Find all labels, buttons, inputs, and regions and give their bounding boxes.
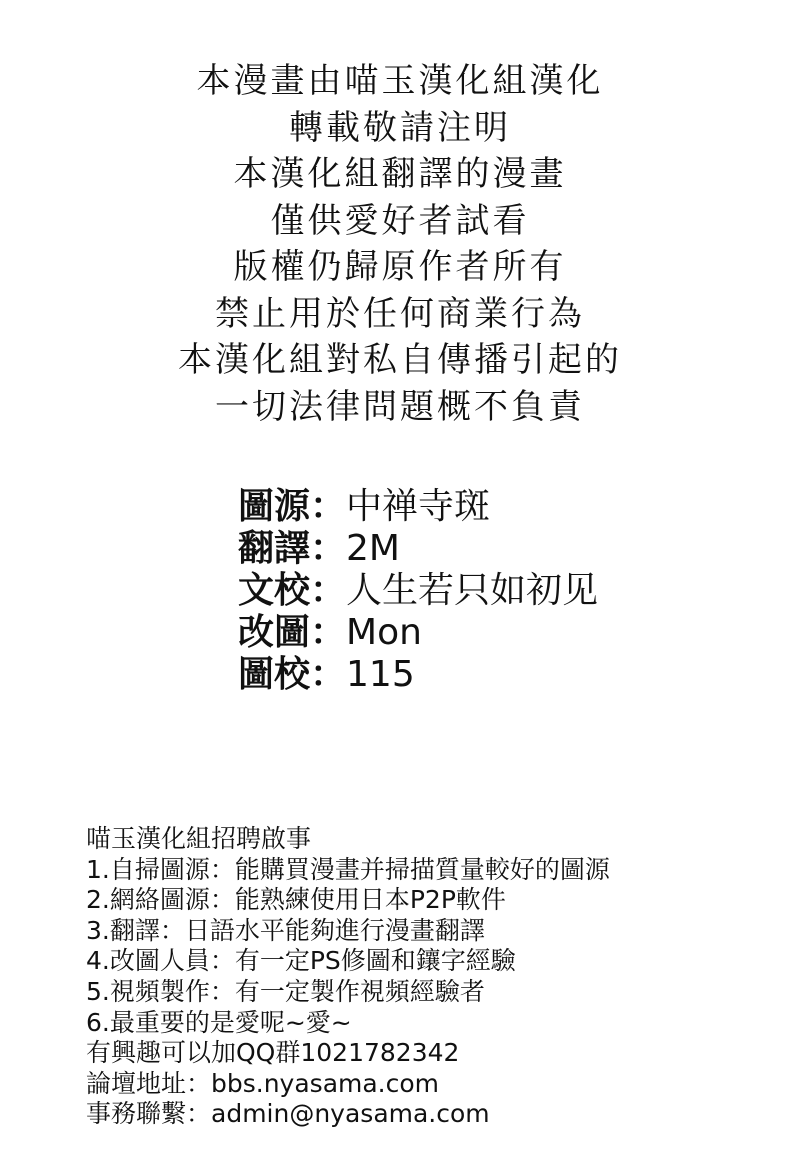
contact-email: 事務聯繫：admin@nyasama.com	[86, 1099, 610, 1130]
credit-label: 改圖：	[238, 612, 346, 653]
notice-line: 本漫畫由喵玉漢化組漢化	[0, 58, 800, 105]
credit-value: Mon	[346, 612, 422, 653]
notice-line: 一切法律問題概不負責	[0, 384, 800, 431]
recruit-title: 喵玉漢化組招聘啟事	[86, 824, 610, 855]
credit-image-check: 圖校：115	[238, 654, 598, 696]
notice-line: 版權仍歸原作者所有	[0, 244, 800, 291]
credit-value: 115	[346, 654, 415, 695]
recruit-item: 3.翻譯：日語水平能夠進行漫畫翻譯	[86, 916, 610, 947]
credit-proofread: 文校：人生若只如初见	[238, 570, 598, 612]
recruit-item: 4.改圖人員：有一定PS修圖和鑲字經驗	[86, 946, 610, 977]
disclaimer-notice: 本漫畫由喵玉漢化組漢化 轉載敬請注明 本漢化組翻譯的漫畫 僅供愛好者試看 版權仍…	[0, 58, 800, 430]
credit-value: 人生若只如初见	[346, 570, 598, 611]
recruit-item: 2.網絡圖源：能熟練使用日本P2P軟件	[86, 885, 610, 916]
credit-editing: 改圖：Mon	[238, 612, 598, 654]
qq-group: 有興趣可以加QQ群1021782342	[86, 1038, 610, 1069]
credit-label: 翻譯：	[238, 528, 346, 569]
credit-source: 圖源：中禅寺斑	[238, 486, 598, 528]
credit-label: 圖源：	[238, 486, 346, 527]
recruit-item: 5.視頻製作：有一定製作視頻經驗者	[86, 977, 610, 1008]
recruitment-notice: 喵玉漢化組招聘啟事 1.自掃圖源：能購買漫畫并掃描質量較好的圖源 2.網絡圖源：…	[86, 824, 610, 1130]
credit-label: 圖校：	[238, 654, 346, 695]
notice-line: 本漢化組翻譯的漫畫	[0, 151, 800, 198]
credit-translation: 翻譯：2M	[238, 528, 598, 570]
credit-value: 2M	[346, 528, 400, 569]
notice-line: 僅供愛好者試看	[0, 198, 800, 245]
notice-line: 禁止用於任何商業行為	[0, 291, 800, 338]
notice-line: 本漢化組對私自傳播引起的	[0, 337, 800, 384]
recruit-item: 6.最重要的是愛呢~愛~	[86, 1008, 610, 1039]
forum-address: 論壇地址：bbs.nyasama.com	[86, 1069, 610, 1100]
staff-credits: 圖源：中禅寺斑 翻譯：2M 文校：人生若只如初见 改圖：Mon 圖校：115	[238, 486, 598, 696]
credit-label: 文校：	[238, 570, 346, 611]
notice-line: 轉載敬請注明	[0, 105, 800, 152]
recruit-item: 1.自掃圖源：能購買漫畫并掃描質量較好的圖源	[86, 855, 610, 886]
credit-value: 中禅寺斑	[346, 486, 490, 527]
